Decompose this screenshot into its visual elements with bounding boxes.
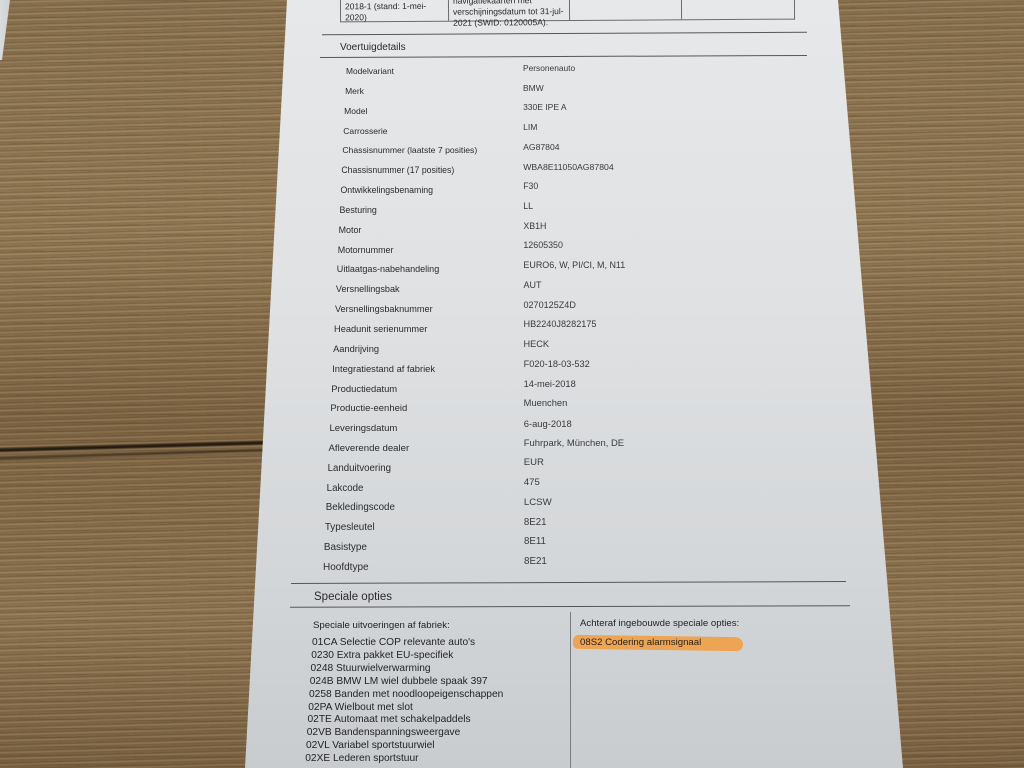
detail-label: Integratiestand af fabriek [332, 364, 435, 374]
factory-options-heading: Speciale uitvoeringen af fabriek: [313, 620, 450, 631]
detail-value: 330E IPE A [523, 102, 566, 112]
detail-label: Motor [339, 225, 362, 235]
detail-value: 8E21 [524, 517, 547, 528]
factory-option-item: 0230 Extra pakket EU-specifiek [311, 650, 453, 661]
retrofit-options-heading: Achteraf ingebouwde speciale opties: [580, 618, 739, 629]
detail-value: EUR [524, 457, 544, 468]
detail-label: Hoofdtype [323, 562, 369, 573]
document-content: 2018-1 (stand: 1-mei-2020) navigatiekaar… [0, 0, 1024, 768]
detail-label: Motornummer [338, 245, 394, 255]
section-divider [322, 32, 807, 36]
detail-value: EURO6, W, PI/CI, M, N11 [523, 260, 625, 270]
detail-label: Lakcode [327, 483, 364, 494]
top-table-cell: 2018-1 (stand: 1-mei-2020) [341, 0, 448, 21]
detail-label: Productie-eenheid [330, 403, 407, 414]
detail-label: Bekledingscode [326, 502, 395, 513]
factory-option-item: 02VL Variabel sportstuurwiel [306, 740, 435, 751]
column-divider [570, 612, 571, 768]
detail-label: Landuitvoering [328, 463, 391, 474]
factory-option-item: 0258 Banden met noodloopeigenschappen [309, 689, 503, 700]
detail-label: Afleverende dealer [329, 443, 410, 454]
detail-value: XB1H [523, 221, 546, 231]
detail-value: 12605350 [523, 240, 563, 250]
detail-value: F020-18-03-532 [524, 359, 590, 369]
retrofit-option-item: 08S2 Codering alarmsignaal [580, 637, 701, 648]
top-table-cell-text: navigatiekaarten met verschijningsdatum … [449, 0, 569, 29]
detail-label: Model [344, 106, 367, 116]
detail-label: Versnellingsbaknummer [335, 304, 433, 314]
top-table-cell [681, 0, 795, 19]
detail-value: Muenchen [524, 398, 568, 408]
factory-option-item: 0248 Stuurwielverwarming [311, 663, 431, 674]
top-table: 2018-1 (stand: 1-mei-2020) navigatiekaar… [340, 0, 795, 22]
section-divider [290, 605, 850, 607]
section-title-vehicle-details: Voertuigdetails [340, 42, 406, 53]
detail-value: 6-aug-2018 [524, 418, 572, 429]
detail-label: Chassisnummer (17 posities) [341, 165, 454, 175]
detail-value: HB2240J8282175 [524, 319, 597, 329]
detail-value: BMW [523, 83, 544, 93]
detail-label: Basistype [324, 542, 367, 553]
detail-value: Fuhrpark, München, DE [524, 438, 624, 449]
detail-label: Versnellingsbak [336, 284, 400, 294]
top-table-cell: navigatiekaarten met verschijningsdatum … [448, 0, 569, 21]
detail-value: AUT [523, 280, 541, 290]
detail-value: 475 [524, 477, 540, 488]
detail-label: Productiedatum [331, 383, 397, 394]
detail-value: LL [523, 201, 533, 211]
detail-label: Carrosserie [343, 126, 387, 136]
factory-option-item: 02PA Wielbout met slot [308, 702, 413, 713]
detail-value: 14-mei-2018 [524, 379, 576, 389]
section-divider [320, 55, 807, 58]
detail-label: Aandrijving [333, 344, 379, 354]
detail-label: Uitlaatgas-nabehandeling [337, 264, 439, 274]
factory-option-item: 02XE Lederen sportstuur [305, 753, 418, 764]
detail-label: Typesleutel [325, 522, 375, 533]
detail-value: 8E21 [524, 556, 547, 567]
factory-option-item: 02VB Bandenspanningsweergave [307, 727, 461, 738]
detail-value: Personenauto [523, 63, 575, 73]
detail-label: Ontwikkelingsbenaming [340, 185, 433, 195]
factory-option-item: 024B BMW LM wiel dubbele spaak 397 [310, 676, 488, 687]
top-table-cell-text: 2018-1 (stand: 1-mei-2020) [341, 0, 448, 23]
detail-value: HECK [524, 339, 549, 349]
detail-label: Merk [345, 86, 364, 96]
factory-option-item: 02TE Automaat met schakelpaddels [308, 714, 471, 725]
detail-label: Leveringsdatum [329, 423, 397, 434]
factory-option-item: 01CA Selectie COP relevante auto's [312, 637, 475, 648]
detail-value: LIM [523, 122, 537, 132]
detail-value: AG87804 [523, 142, 559, 152]
section-title-special-options: Speciale opties [314, 591, 392, 603]
detail-value: 8E11 [524, 536, 546, 547]
detail-value: 0270125Z4D [523, 300, 575, 310]
detail-value: LCSW [524, 497, 552, 508]
detail-label: Headunit serienummer [334, 324, 427, 334]
detail-value: F30 [523, 181, 538, 191]
detail-label: Modelvariant [346, 66, 394, 76]
detail-label: Chassisnummer (laatste 7 posities) [342, 145, 477, 155]
detail-value: WBA8E11050AG87804 [523, 162, 613, 172]
section-divider [291, 581, 846, 584]
detail-label: Besturing [340, 205, 377, 215]
top-table-cell [569, 0, 681, 20]
